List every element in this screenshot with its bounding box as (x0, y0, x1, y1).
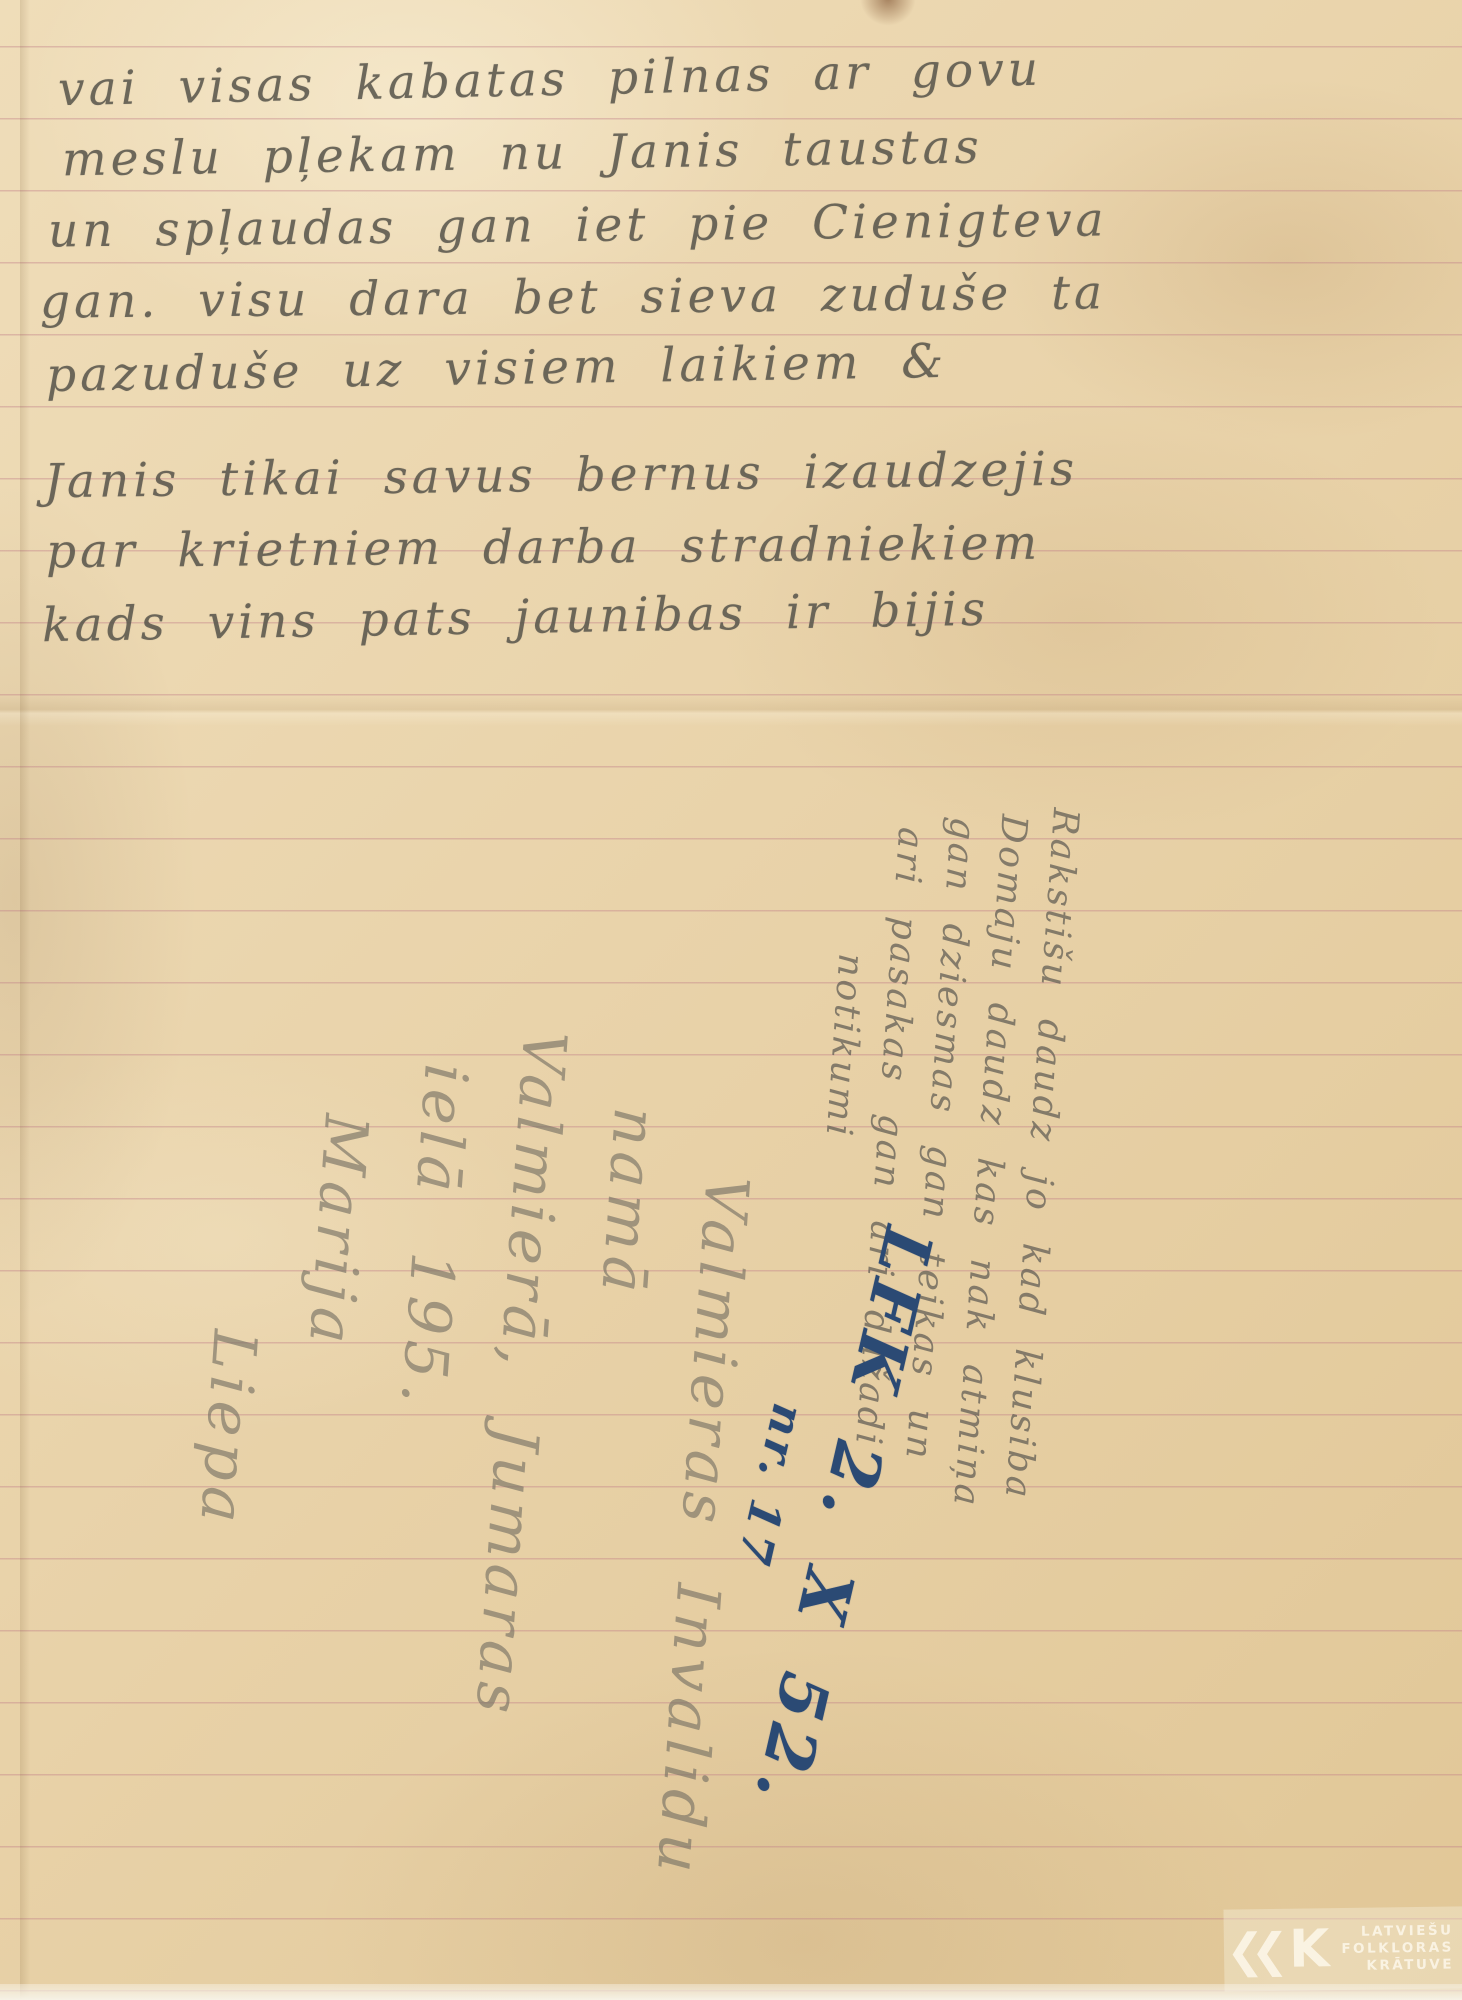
handwriting-line-1: vai visas kabatas pilnas ar govu (58, 42, 1043, 118)
watermark-line-2: FOLKLORAS (1341, 1939, 1454, 1958)
handwriting-line-7: par krietniem darba stradniekiem (46, 516, 1041, 580)
horizontal-fold-crease (0, 696, 1462, 726)
handwriting-line-4: gan. visu dara bet sieva zuduše ta (40, 265, 1107, 329)
handwriting-line-2: meslu pļekam nu Janis taustas (62, 120, 983, 188)
archive-watermark: ❮❮ K LATVIEŠU FOLKLORAS KRĀTUVE (1223, 1906, 1462, 1991)
left-edge-crease (20, 0, 30, 2000)
watermark-line-3: KRĀTUVE (1342, 1956, 1455, 1975)
handwriting-line-3: un spļaudas gan iet pie Cienigteva (48, 192, 1108, 258)
handwriting-line-5: pazuduše uz visiem laikiem & (46, 334, 948, 403)
handwriting-line-8: kads vins pats jaunibas ir bijis (42, 582, 990, 654)
chevrons-icon: ❮❮ (1226, 1927, 1290, 1974)
address-block-rotated: Valmieras Invalidu namā Valmierā, Jumara… (156, 890, 792, 1808)
watermark-text: LATVIEŠU FOLKLORAS KRĀTUVE (1341, 1922, 1454, 1975)
lfk-logo-icon: ❮❮ K (1226, 1923, 1330, 1976)
logo-letter-k: K (1289, 1923, 1330, 1976)
top-edge-stain (860, 0, 916, 26)
watermark-line-1: LATVIEŠU (1341, 1922, 1454, 1941)
scan-bottom-edge (0, 1984, 1462, 2000)
handwriting-line-6: Janis tikai savus bernus izaudzejis (44, 442, 1079, 510)
manuscript-page: vai visas kabatas pilnas ar govu meslu p… (0, 0, 1462, 2000)
